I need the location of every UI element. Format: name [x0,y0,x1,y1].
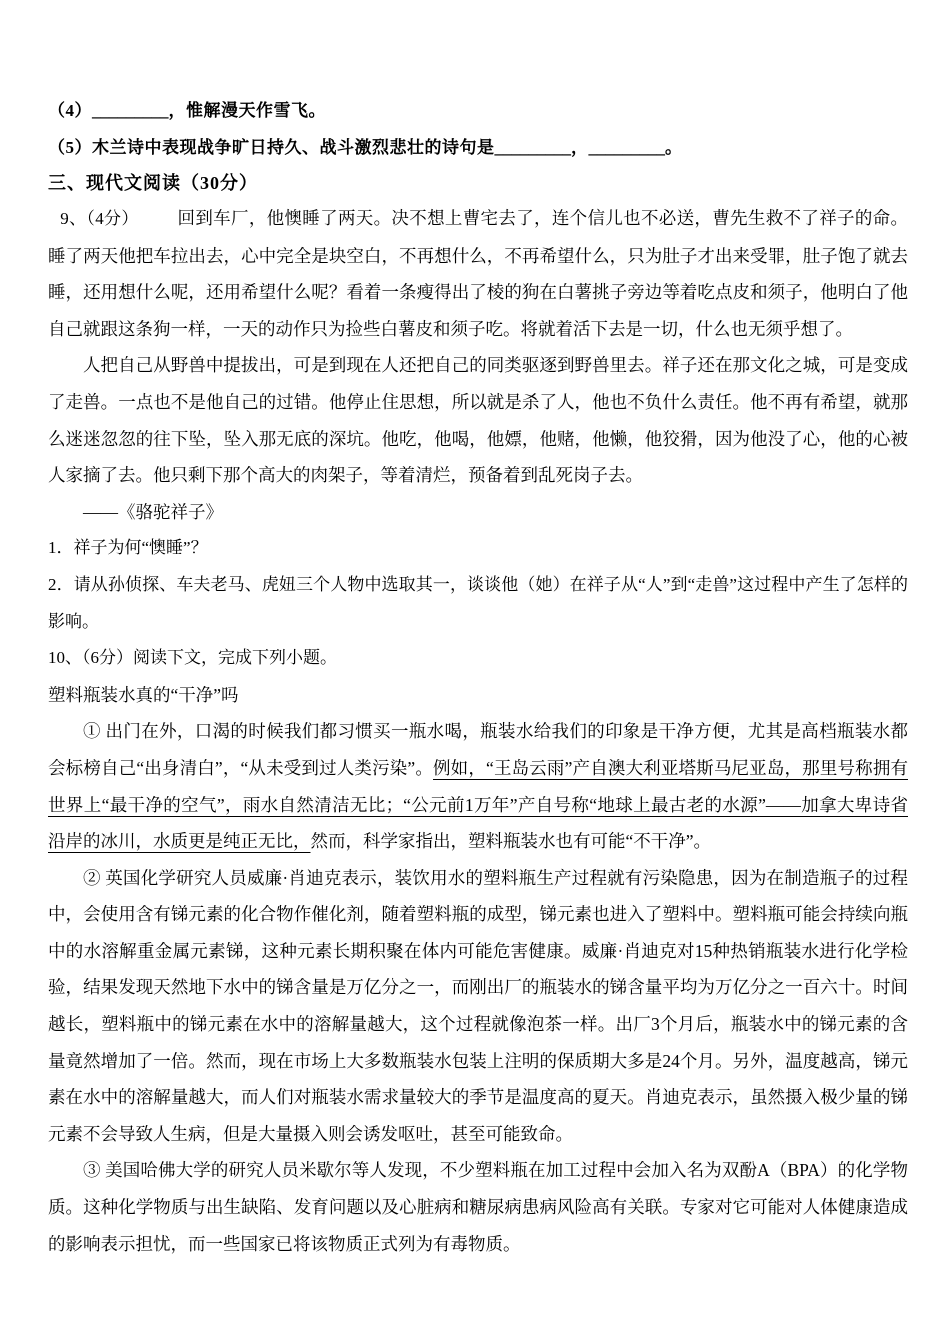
article-paragraph-1: ① 出门在外，口渴的时候我们都习惯买一瓶水喝，瓶装水给我们的印象是干净方便，尤其… [48,713,908,859]
question-10-block: 10、（6分）阅读下文，完成下列小题。 塑料瓶装水真的“干净”吗 ① 出门在外，… [48,640,908,1262]
article-paragraph-3: ③ 美国哈佛大学的研究人员米歇尔等人发现，不少塑料瓶在加工过程中会加入名为双酚A… [48,1152,908,1262]
item-5-blank-2: _________ [589,138,666,157]
paragraph-3-text: ③ 美国哈佛大学的研究人员米歇尔等人发现，不少塑料瓶在加工过程中会加入名为双酚A… [48,1160,908,1253]
item-5-text-after: 。 [665,138,683,157]
item-4-label: （4） [48,101,92,120]
item-5-label: （5） [48,138,92,157]
excerpt-text: 人把自己从野兽中提拔出，可是到现在人还把自己的同类驱逐到野兽里去。祥子还在那文化… [48,355,908,485]
question-9-sub-question-1: 1．祥子为何“懊睡”？ [48,530,908,567]
exam-document-page: （4）_________，惟解漫天作雪飞。 （5）木兰诗中表现战争旷日持久、战斗… [0,0,950,1344]
item-5-comma: ， [571,138,589,157]
question-10-number-line: 10、（6分）阅读下文，完成下列小题。 [48,640,908,677]
excerpt-source: ——《骆驼祥子》 [83,502,223,522]
question-9-block: 9、（4分）回到车厂，他懊睡了两天。决不想上曹宅去了，连个信儿也不必送，曹先生救… [48,200,908,640]
article-paragraph-2: ② 英国化学研究人员威廉·肖迪克表示，装饮用水的塑料瓶生产过程就有污染隐患，因为… [48,860,908,1153]
paragraph-2-text: ② 英国化学研究人员威廉·肖迪克表示，装饮用水的塑料瓶生产过程就有污染隐患，因为… [48,868,908,1144]
fill-blank-item-4: （4）_________，惟解漫天作雪飞。 [48,92,908,129]
excerpt-source-line: ——《骆驼祥子》 [48,494,908,531]
question-9-number: 9、（4分） [60,209,138,228]
question-9-excerpt-para-2: 人把自己从野兽中提拔出，可是到现在人还把自己的同类驱逐到野兽里去。祥子还在那文化… [48,347,908,493]
excerpt-text: 回到车厂，他懊睡了两天。决不想上曹宅去了，连个信儿也不必送，曹先生救不了祥子的命… [48,208,908,339]
article-title: 塑料瓶装水真的“干净”吗 [48,677,908,714]
item-5-text-before: 木兰诗中表现战争旷日持久、战斗激烈悲壮的诗句是 [92,138,495,157]
question-9-sub-question-2: 2．请从孙侦探、车夫老马、虎妞三个人物中选取其一，谈谈他（她）在祥子从“人”到“… [48,567,908,640]
paragraph-1-text-end: 然而，科学家指出，塑料瓶装水也有可能“不干净”。 [311,831,712,851]
item-5-blank-1: _________ [495,138,572,157]
question-9-excerpt-para-1: 9、（4分）回到车厂，他懊睡了两天。决不想上曹宅去了，连个信儿也不必送，曹先生救… [48,200,908,347]
fill-blank-item-5: （5）木兰诗中表现战争旷日持久、战斗激烈悲壮的诗句是_________，____… [48,129,908,166]
item-4-blank: _________ [92,101,169,120]
section-heading-modern-reading: 三、现代文阅读（30分） [48,166,908,200]
item-4-text: ，惟解漫天作雪飞。 [169,101,327,120]
